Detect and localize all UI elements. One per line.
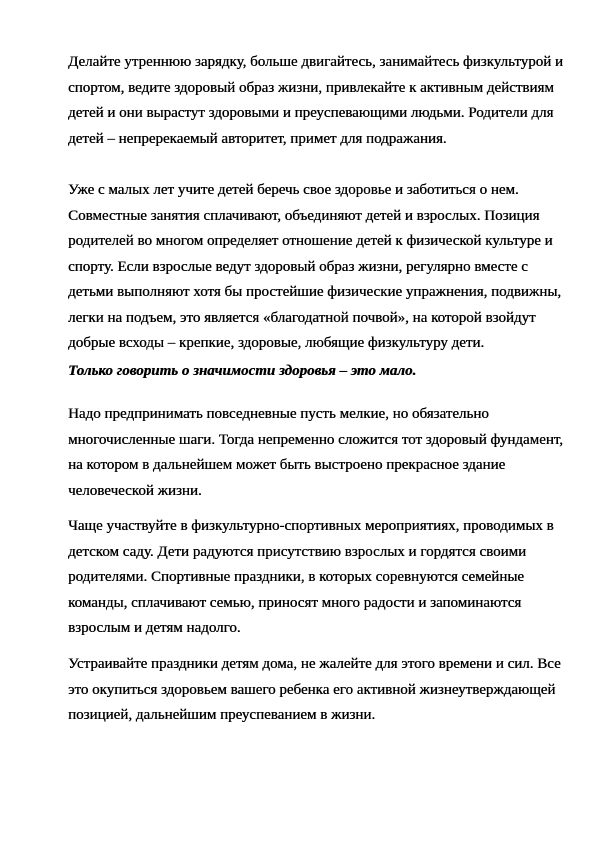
text-line: Устраивайте праздники детям дома, не жал… — [68, 652, 552, 678]
text-line: взрослым и детям надолго. — [68, 616, 552, 642]
text-line: это окупиться здоровьем вашего ребенка е… — [68, 678, 552, 704]
text-line: Чаще участвуйте в физкультурно-спортивны… — [68, 514, 552, 540]
text-line: детском саду. Дети радуются присутствию … — [68, 540, 552, 566]
text-line: родителями. Спортивные праздники, в кото… — [68, 565, 552, 591]
text-line: команды, сплачивают семью, приносят мног… — [68, 591, 552, 617]
text-line: добрые всходы – крепкие, здоровые, любящ… — [68, 331, 552, 357]
text-line: детьми выполняют хотя бы простейшие физи… — [68, 280, 552, 306]
paragraph-daily-steps: Надо предпринимать повседневные пусть ме… — [68, 402, 552, 504]
text-line: Делайте утреннюю зарядку, больше двигайт… — [68, 50, 552, 76]
text-line: легки на подъем, это является «благодатн… — [68, 306, 552, 332]
text-line: Совместные занятия сплачивают, объединяю… — [68, 204, 552, 230]
text-line: Только говорить о значимости здоровья – … — [68, 359, 552, 385]
text-line: спорту. Если взрослые ведут здоровый обр… — [68, 255, 552, 281]
text-line: на котором в дальнейшем может быть выстр… — [68, 453, 552, 479]
text-line: позицией, дальнейшим преуспеванием в жиз… — [68, 703, 552, 729]
emphasis-paragraph-talk-is-not-enough: Только говорить о значимости здоровья – … — [68, 359, 552, 385]
text-line: Надо предпринимать повседневные пусть ме… — [68, 402, 552, 428]
paragraph-morning-exercise: Делайте утреннюю зарядку, больше двигайт… — [68, 50, 552, 152]
text-line: детей – непререкаемый авторитет, примет … — [68, 127, 552, 153]
paragraph-home-holidays: Устраивайте праздники детям дома, не жал… — [68, 652, 552, 729]
text-line: многочисленные шаги. Тогда непременно сл… — [68, 428, 552, 454]
text-line: человеческой жизни. — [68, 479, 552, 505]
text-line: детей и они вырастут здоровыми и преуспе… — [68, 101, 552, 127]
text-line: спортом, ведите здоровый образ жизни, пр… — [68, 76, 552, 102]
paragraph-sport-events: Чаще участвуйте в физкультурно-спортивны… — [68, 514, 552, 642]
paragraph-teach-health-early: Уже с малых лет учите детей беречь свое … — [68, 178, 552, 357]
document-page: Делайте утреннюю зарядку, больше двигайт… — [0, 0, 595, 842]
text-line: родителей во многом определяет отношение… — [68, 229, 552, 255]
text-line: Уже с малых лет учите детей беречь свое … — [68, 178, 552, 204]
